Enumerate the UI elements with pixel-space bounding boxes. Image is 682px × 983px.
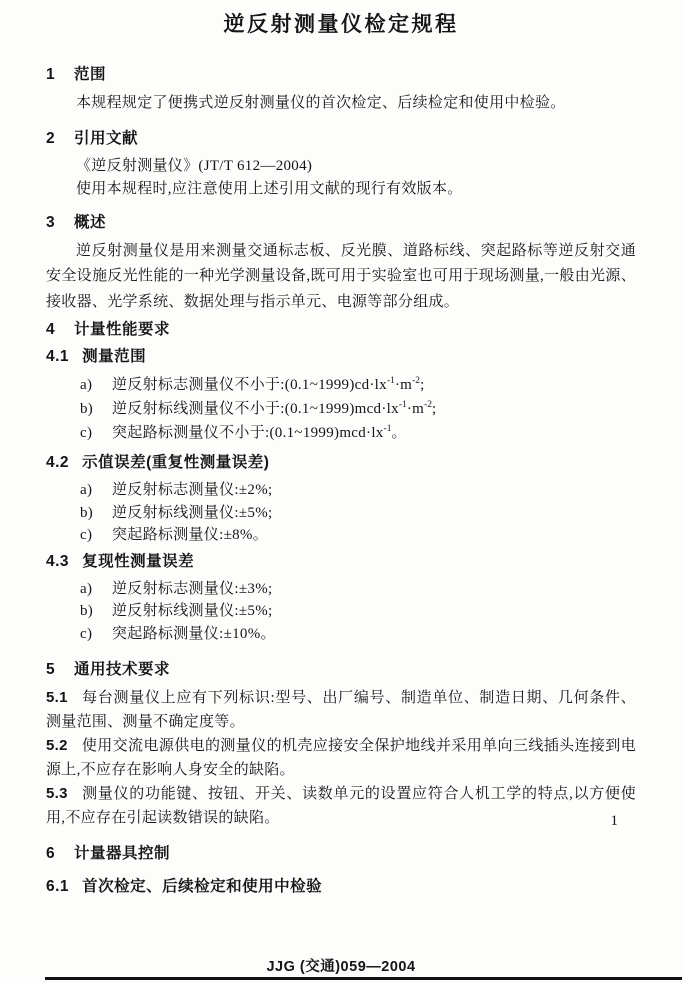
list-item-label: b) <box>80 600 112 623</box>
citation-note: 使用本规程时,应注意使用上述引用文献的现行有效版本。 <box>46 178 636 201</box>
list-item: a)逆反射标志测量仪不小于:(0.1~1999)cd·lx-1·m-2; <box>46 373 636 397</box>
clause-5-3-number: 5.3 <box>46 785 68 802</box>
section-4-3-heading: 4.3复现性测量误差 <box>46 551 636 572</box>
section-4-2-title: 示值误差(重复性测量误差) <box>82 454 269 471</box>
document-page: 逆反射测量仪检定规程 1范围 本规程规定了便携式逆反射测量仪的首次检定、后续检定… <box>0 0 682 983</box>
section-6-1-number: 6.1 <box>46 876 69 897</box>
document-content: 逆反射测量仪检定规程 1范围 本规程规定了便携式逆反射测量仪的首次检定、后续检定… <box>0 0 682 897</box>
section-3-number: 3 <box>46 212 58 233</box>
section-4-1-heading: 4.1测量范围 <box>46 346 636 367</box>
footer-rule <box>45 977 682 980</box>
section-3-heading: 3概述 <box>46 212 636 233</box>
section-4-2-heading: 4.2示值误差(重复性测量误差) <box>46 452 636 473</box>
list-item: c)突起路标测量仪:±10%。 <box>46 623 636 646</box>
superscript: -1 <box>387 376 395 386</box>
section-6-1-title: 首次检定、后续检定和使用中检验 <box>82 878 322 895</box>
list-item-text: 逆反射标线测量仪不小于:(0.1~1999)mcd·lx-1·m-2; <box>112 401 437 417</box>
list-item-text: 逆反射标志测量仪:±2%; <box>112 482 272 498</box>
section-2-title: 引用文献 <box>74 130 138 147</box>
list-item-label: b) <box>80 397 112 421</box>
footer-standard-number: JJG (交通)059—2004 <box>0 955 682 976</box>
clause-5-2-text: 使用交流电源供电的测量仪的机壳应接安全保护地线并采用单向三线插头连接到电源上,不… <box>46 738 636 778</box>
clause-5-1-number: 5.1 <box>46 689 68 706</box>
list-item: a)逆反射标志测量仪:±2%; <box>46 479 636 502</box>
clause-5-1-text: 每台测量仪上应有下列标识:型号、出厂编号、制造单位、制造日期、几何条件、测量范围… <box>46 690 636 730</box>
clause-5-1: 5.1每台测量仪上应有下列标识:型号、出厂编号、制造单位、制造日期、几何条件、测… <box>46 686 636 734</box>
superscript: -1 <box>399 400 407 410</box>
section-4-1-number: 4.1 <box>46 346 69 367</box>
list-item-label: c) <box>80 421 112 445</box>
list-item-text: 逆反射标线测量仪:±5%; <box>112 505 272 521</box>
section-6-number: 6 <box>46 843 58 864</box>
section-1-heading: 1范围 <box>46 64 636 85</box>
document-title: 逆反射测量仪检定规程 <box>46 12 636 38</box>
section-4-3-number: 4.3 <box>46 551 69 572</box>
list-item-text: 逆反射标线测量仪:±5%; <box>112 603 272 619</box>
list-item-label: b) <box>80 502 112 525</box>
superscript: -2 <box>412 376 420 386</box>
list-item: b)逆反射标线测量仪不小于:(0.1~1999)mcd·lx-1·m-2; <box>46 397 636 421</box>
section-2-number: 2 <box>46 128 58 149</box>
list-item-text: 逆反射标志测量仪不小于:(0.1~1999)cd·lx-1·m-2; <box>112 377 425 393</box>
section-4-heading: 4计量性能要求 <box>46 319 636 340</box>
page-number: 1 <box>611 813 619 830</box>
list-item: c)突起路标测量仪:±8%。 <box>46 524 636 547</box>
clause-5-3-text: 测量仪的功能键、按钮、开关、读数单元的设置应符合人机工学的特点,以方便使用,不应… <box>46 786 636 826</box>
section-6-1-heading: 6.1首次检定、后续检定和使用中检验 <box>46 876 636 897</box>
section-2-heading: 2引用文献 <box>46 128 636 149</box>
section-4-2-number: 4.2 <box>46 452 69 473</box>
list-item-label: a) <box>80 479 112 502</box>
section-1-title: 范围 <box>74 66 106 83</box>
list-item-text: 逆反射标志测量仪:±3%; <box>112 581 272 597</box>
superscript: -2 <box>424 400 432 410</box>
clause-5-2-number: 5.2 <box>46 737 68 754</box>
section-4-1-title: 测量范围 <box>82 348 146 365</box>
section-5-number: 5 <box>46 659 58 680</box>
list-item-label: c) <box>80 524 112 547</box>
section-1-body: 本规程规定了便携式逆反射测量仪的首次检定、后续检定和使用中检验。 <box>46 91 636 117</box>
section-5-title: 通用技术要求 <box>74 661 170 678</box>
clause-5-3: 5.3测量仪的功能键、按钮、开关、读数单元的设置应符合人机工学的特点,以方便使用… <box>46 782 636 830</box>
section-1-number: 1 <box>46 64 58 85</box>
list-item-label: c) <box>80 623 112 646</box>
section-3-title: 概述 <box>74 214 106 231</box>
section-6-heading: 6计量器具控制 <box>46 843 636 864</box>
list-item-text: 突起路标测量仪:±10%。 <box>112 626 276 642</box>
cited-document: 《逆反射测量仪》(JT/T 612—2004) <box>46 155 636 178</box>
list-item-label: a) <box>80 578 112 601</box>
list-item: a)逆反射标志测量仪:±3%; <box>46 578 636 601</box>
section-4-number: 4 <box>46 319 58 340</box>
list-item: b)逆反射标线测量仪:±5%; <box>46 502 636 525</box>
superscript: -1 <box>384 424 392 434</box>
list-item-text: 突起路标测量仪:±8%。 <box>112 527 268 543</box>
list-item-text: 突起路标测量仪不小于:(0.1~1999)mcd·lx-1。 <box>112 425 407 441</box>
clause-5-2: 5.2使用交流电源供电的测量仪的机壳应接安全保护地线并采用单向三线插头连接到电源… <box>46 734 636 782</box>
section-5-heading: 5通用技术要求 <box>46 659 636 680</box>
section-3-body: 逆反射测量仪是用来测量交通标志板、反光膜、道路标线、突起路标等逆反射交通安全设施… <box>46 239 636 316</box>
list-item: b)逆反射标线测量仪:±5%; <box>46 600 636 623</box>
section-4-3-title: 复现性测量误差 <box>82 553 194 570</box>
section-4-title: 计量性能要求 <box>74 321 170 338</box>
list-item-label: a) <box>80 373 112 397</box>
section-6-title: 计量器具控制 <box>74 845 170 862</box>
list-item: c)突起路标测量仪不小于:(0.1~1999)mcd·lx-1。 <box>46 421 636 445</box>
